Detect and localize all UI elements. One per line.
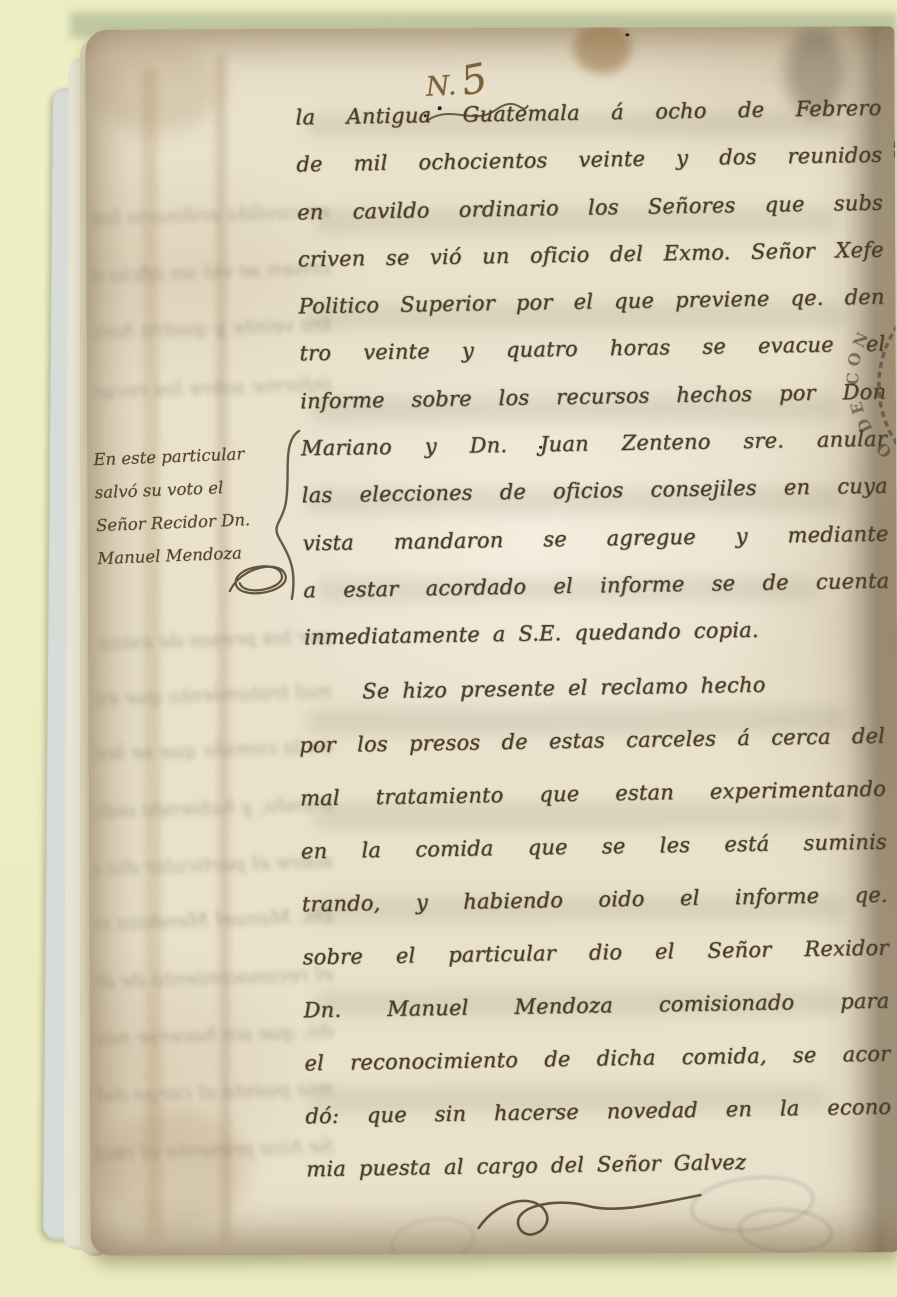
bleed-through-text: mia puesta al cargo del Señor Galvez: [96, 1075, 335, 1113]
page-curl-shadow: [842, 26, 897, 1252]
text-line: dó: que sin hacerse novedad en la econo: [305, 1081, 892, 1144]
bleed-through-text: informe sobre los recursos hechos por Do…: [92, 371, 331, 409]
text-line: por los presos de estas carceles á cerca…: [299, 710, 886, 773]
ink-speck: [424, 114, 427, 117]
text-line: a estar acordado el informe se de cuenta: [303, 558, 890, 615]
ink-speck: [539, 446, 542, 449]
text-line: inmediatamente a S.E. quedando copia.: [304, 605, 891, 662]
text-line: el reconocimiento de dicha comida, se ac…: [304, 1028, 891, 1091]
bleed-through-text: sobre el particular dio el Señor Rexidor: [95, 848, 334, 886]
bleed-through-text: mal tratamiento que estan experimentando: [94, 678, 333, 716]
text-line: Se hizo presente el reclamo hecho: [298, 657, 885, 720]
bleed-through-text: en cavildo ordinario los Señores que sub…: [92, 198, 331, 236]
pencil-oval-mark: [388, 1212, 478, 1255]
pencil-oval-mark: [737, 1206, 834, 1256]
scanner-mat: en cavildo ordinario los Señores que sub…: [0, 0, 897, 1297]
manuscript-page: en cavildo ordinario los Señores que sub…: [85, 26, 897, 1256]
text-line: Dn. Manuel Mendoza comisionado para: [303, 975, 890, 1038]
text-line: mal tratamiento que estan experimentando: [300, 763, 887, 826]
text-line: sobre el particular dio el Señor Rexidor: [302, 922, 889, 985]
bleed-through-text: en la comida que se les está suminis: [94, 733, 333, 771]
bleed-through-text: el reconocimiento de dicha comida, se ac…: [95, 961, 334, 999]
manuscript-paragraph-2: Se hizo presente el reclamo hecho por lo…: [298, 657, 893, 1197]
margin-rubric-flourish: [222, 547, 298, 609]
bleed-through-text: trando, y habiendo oido el informe qe.: [94, 791, 333, 829]
bleed-through-text: criven se vió un oficio del Exmo. Señor …: [92, 255, 331, 293]
bleed-through-text: Dn. Manuel Mendoza comisionado para: [95, 903, 334, 941]
bleed-through-text: Se hizo presente el reclamo hecho: [96, 1133, 335, 1171]
bleed-through-text: por los presos de estas carceles á cerca…: [94, 623, 333, 661]
bleed-through-text: dó: que sin hacerse novedad en la econo: [95, 1018, 334, 1056]
text-line: en la comida que se les está suminis: [301, 816, 888, 879]
paper-stain: [91, 43, 221, 134]
bleed-through-text: tro veinte y quatro horas se evacue el: [92, 311, 331, 349]
ink-stain: [573, 26, 631, 73]
text-line: trando, y habiendo oido el informe qe.: [301, 869, 888, 932]
manuscript-paragraph-1: la Antigua Guatemala á ocho de Febrero d…: [295, 85, 890, 662]
closing-flourish: [472, 1185, 708, 1256]
ink-speck: [438, 106, 442, 110]
ink-speck: [625, 33, 629, 36]
